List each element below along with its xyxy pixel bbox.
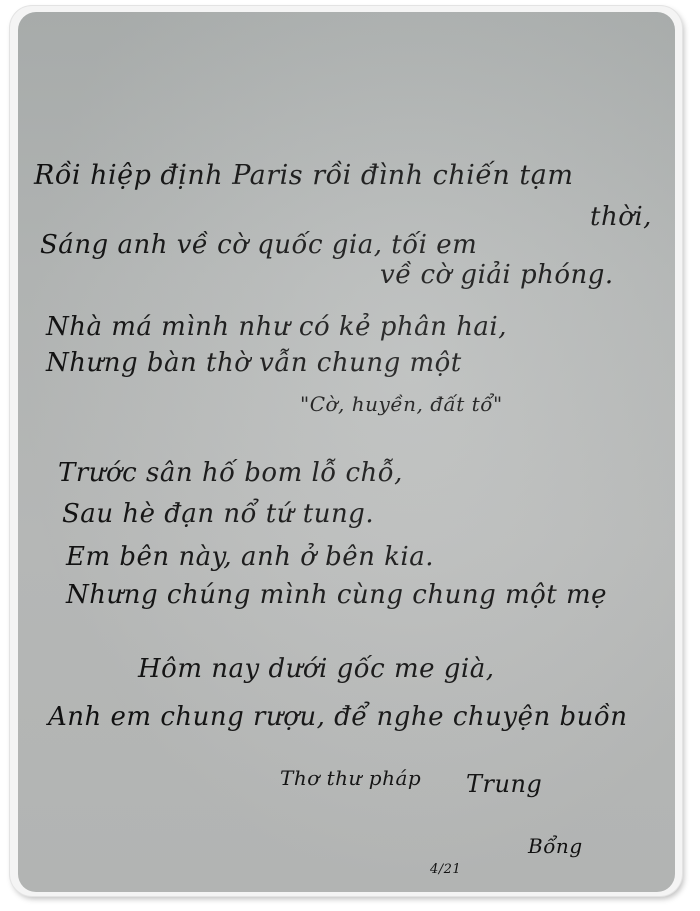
poem-line: Rồi hiệp định Paris rồi đình chiến tạm (34, 160, 573, 191)
poem-line: về cờ giải phóng. (380, 260, 614, 290)
poem-line: Anh em chung rượu, để nghe chuyện buồn (48, 702, 628, 732)
poem-line: Em bên này, anh ở bên kia. (66, 542, 434, 572)
poem-line: Sáng anh về cờ quốc gia, tối em (40, 230, 477, 260)
signature-author-last: Bổng (528, 834, 583, 858)
poem-line: Nhà má mình như có kẻ phân hai, (46, 312, 507, 342)
signature-author-first: Trung (466, 770, 542, 798)
signature-label: Thơ thư pháp (280, 766, 421, 790)
calligraphy-paper: Rồi hiệp định Paris rồi đình chiến tạm t… (18, 12, 675, 892)
signature-date: 4/21 (430, 862, 461, 877)
poem-line: Trước sân hố bom lỗ chỗ, (58, 458, 403, 488)
poem-line: "Cờ, huyền, đất tổ" (300, 392, 503, 416)
poem-line: Nhưng bàn thờ vẫn chung một (46, 348, 462, 378)
poem-line: Sau hè đạn nổ tứ tung. (62, 499, 374, 529)
poem-line: Nhưng chúng mình cùng chung một mẹ (66, 580, 607, 610)
poem-line: Hôm nay dưới gốc me già, (138, 654, 494, 684)
poem-line: thời, (590, 202, 652, 232)
